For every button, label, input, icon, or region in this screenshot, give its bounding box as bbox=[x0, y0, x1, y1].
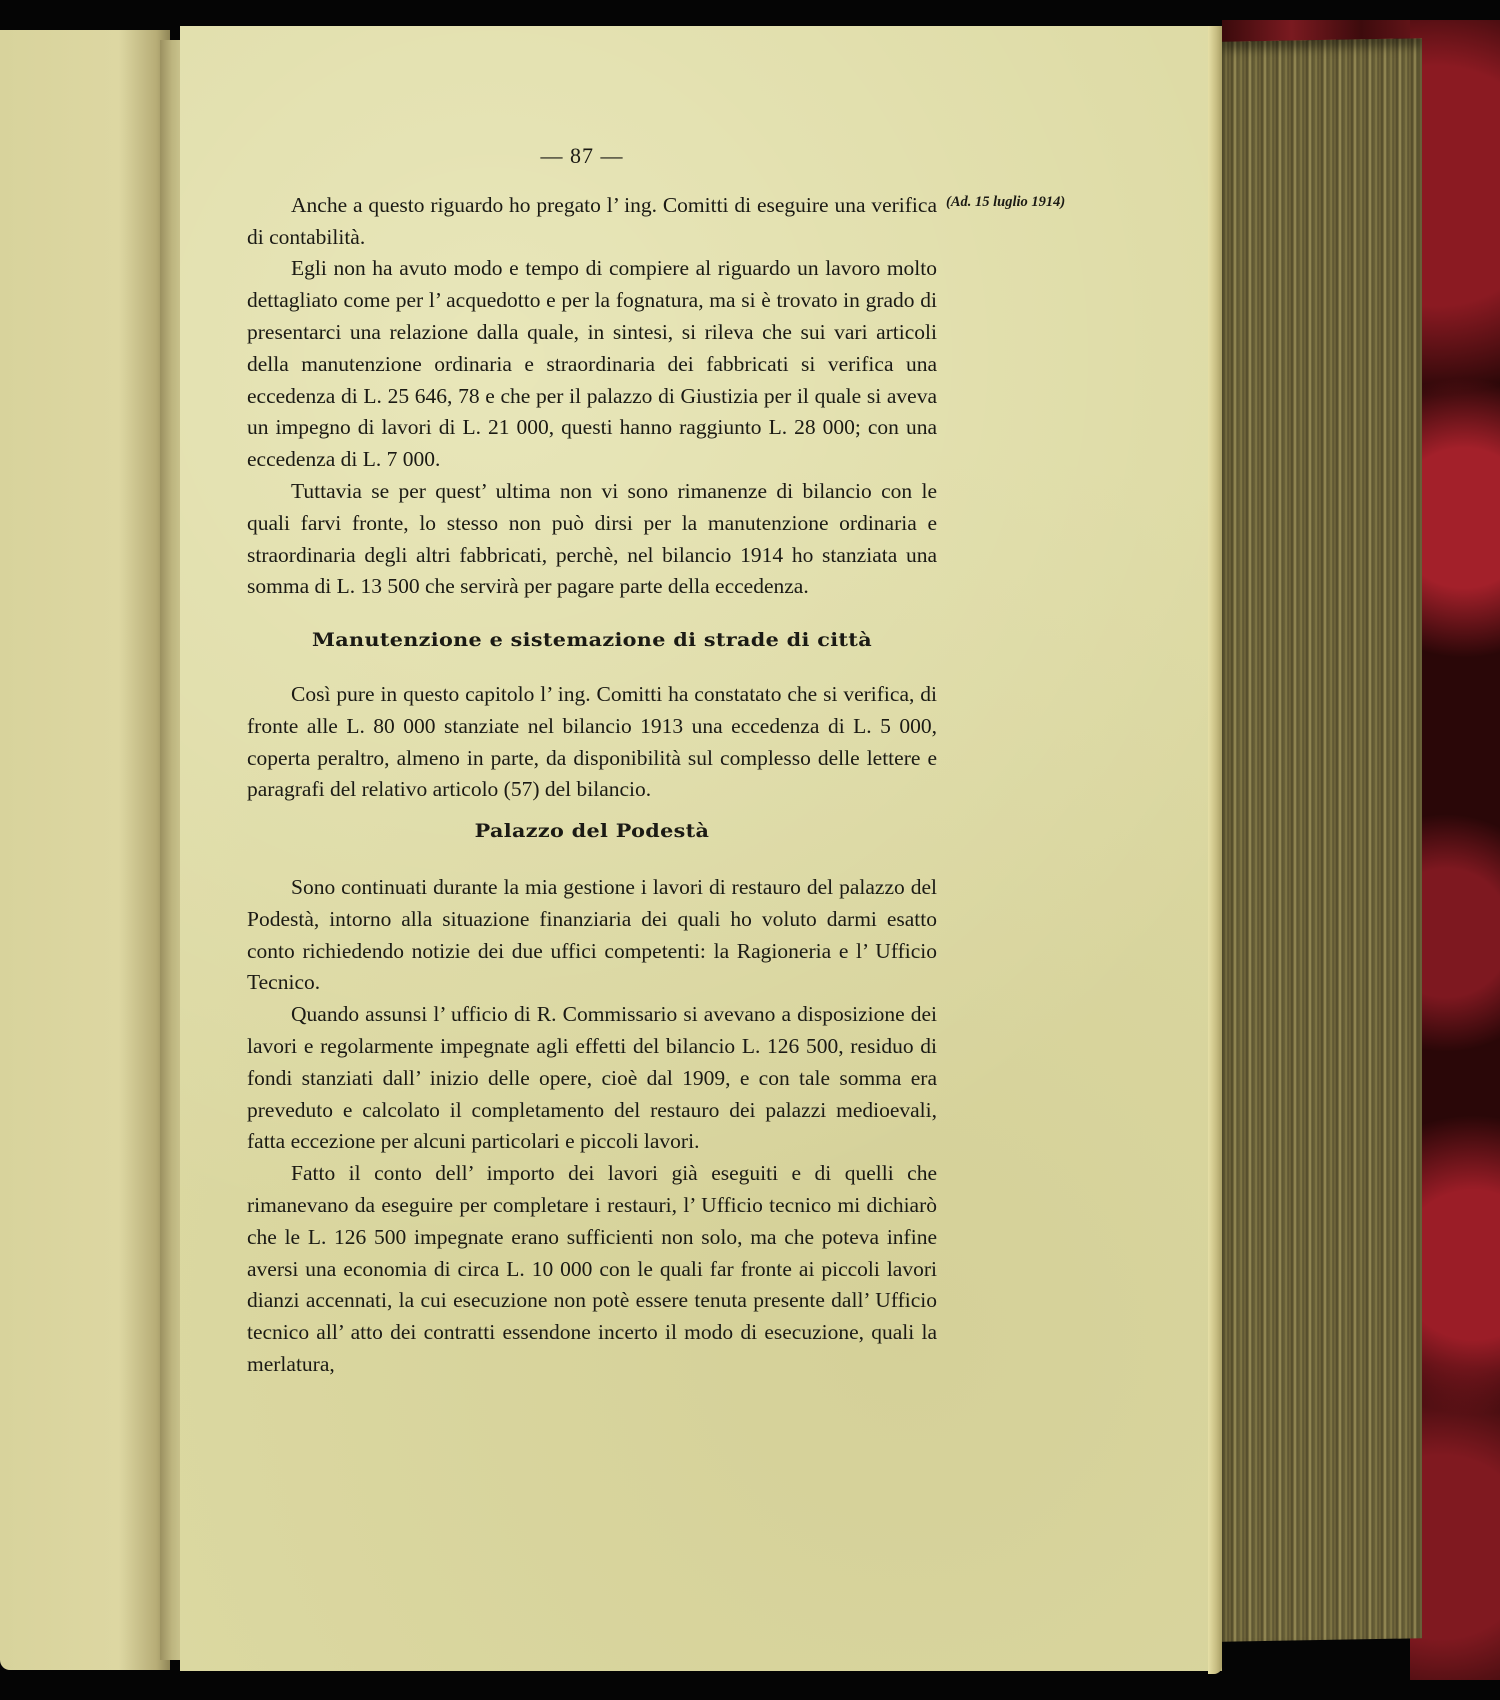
paragraph-3: Tuttavia se per quest’ ultima non vi son… bbox=[247, 476, 937, 603]
page-text: — 87 — Anche a questo riguardo ho pregat… bbox=[247, 140, 937, 1381]
page-number: — 87 — bbox=[247, 140, 937, 172]
paragraph-2: Egli non ha avuto modo e tempo di compie… bbox=[247, 253, 937, 476]
page-edge bbox=[1208, 26, 1222, 1674]
paragraph-7: Fatto il conto dell’ importo dei lavori … bbox=[247, 1158, 937, 1381]
paragraph-1: Anche a questo riguardo ho pregato l’ in… bbox=[247, 190, 937, 254]
margin-note-date: (Ad. 15 luglio 1914) bbox=[946, 194, 1065, 211]
book-cover bbox=[1410, 20, 1500, 1680]
paragraph-6: Quando assunsi l’ ufficio di R. Commissa… bbox=[247, 999, 937, 1158]
section-heading-podesta: Palazzo del Podestà bbox=[206, 816, 979, 848]
paragraph-4: Così pure in questo capitolo l’ ing. Com… bbox=[247, 679, 937, 806]
section-heading-strade: Manutenzione e sistemazione di strade di… bbox=[206, 625, 979, 657]
paragraph-5: Sono continuati durante la mia gestione … bbox=[247, 872, 937, 999]
left-page bbox=[0, 30, 170, 1670]
page-stack-edge bbox=[1222, 38, 1422, 1641]
